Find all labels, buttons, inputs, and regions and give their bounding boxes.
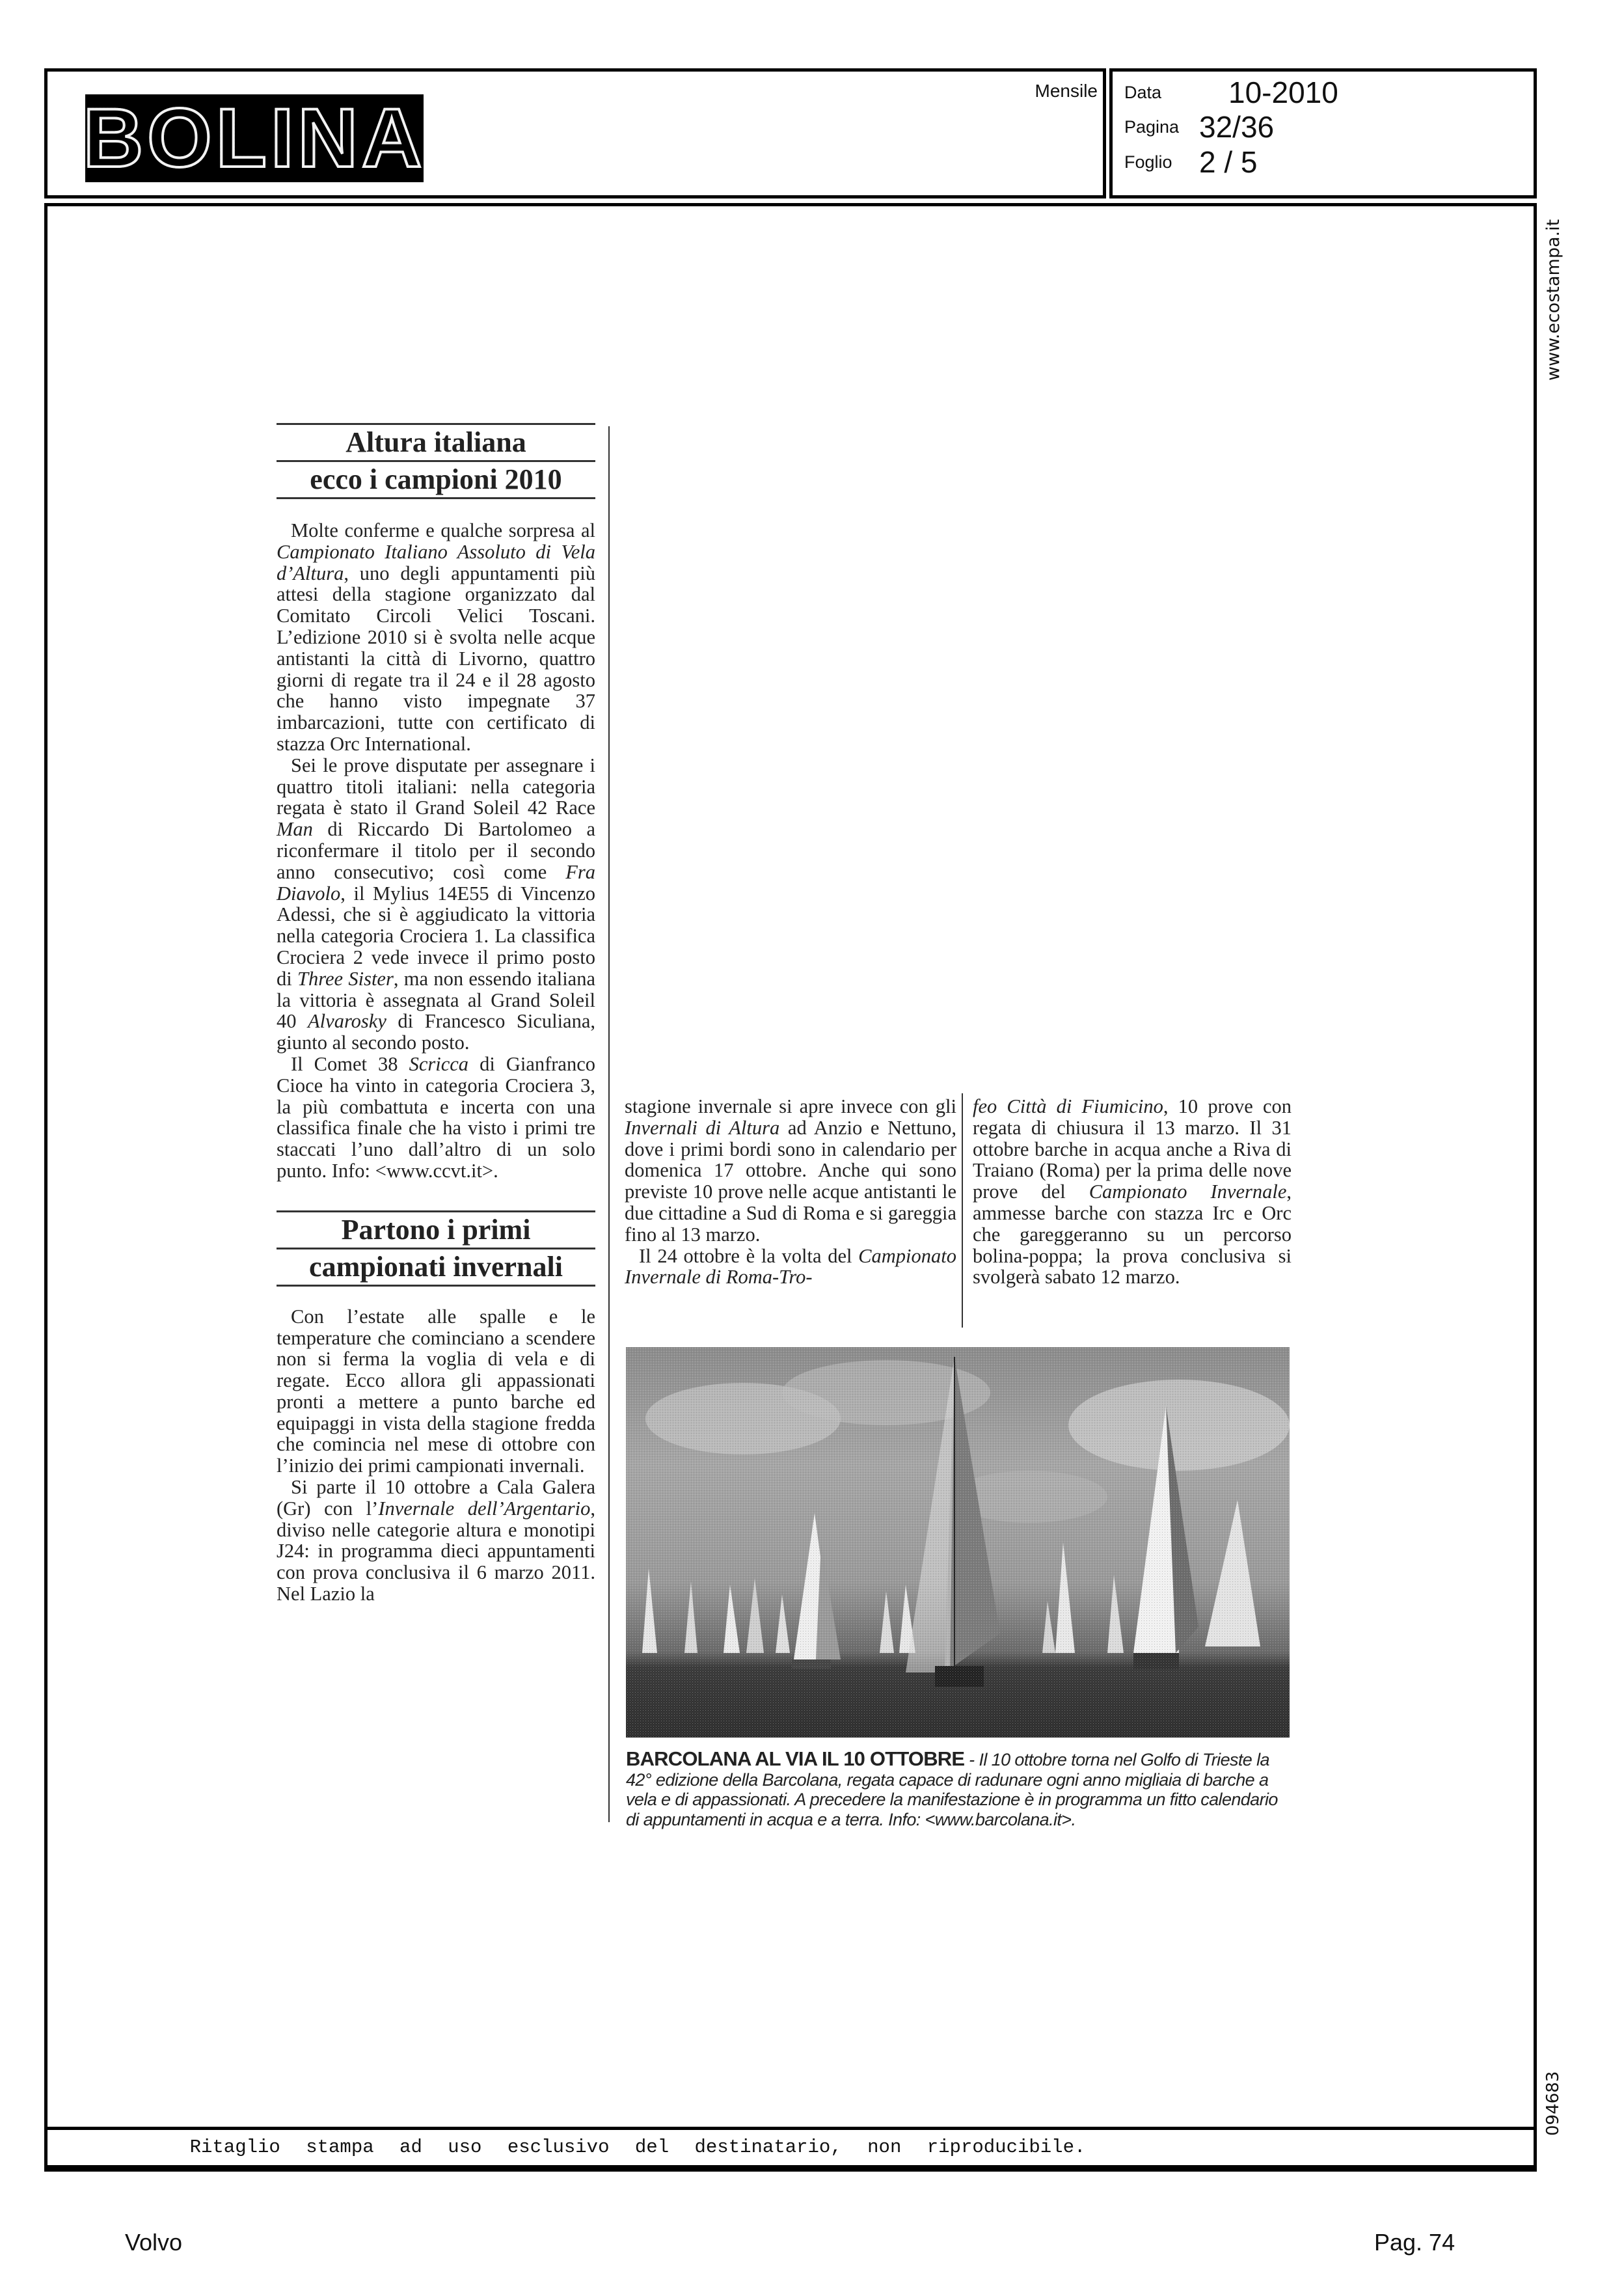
disclaimer-text: Ritaglio stampa ad uso esclusivo del des… [44, 2136, 1537, 2158]
pagina-value: 32/36 [1199, 109, 1274, 144]
paragraph: feo Città di Fiumicino, 10 prove con reg… [973, 1096, 1292, 1288]
paragraph: Molte conferme e qualche sorpresa al Cam… [277, 520, 595, 755]
caption-title: BARCOLANA AL VIA IL 10 OTTOBRE [626, 1747, 964, 1770]
issue-meta-box: Data 10-2010 Pagina 32/36 Foglio 2 / 5 [1109, 68, 1537, 198]
article2-body-col1: Con l’estate alle spalle e le temperatur… [277, 1306, 595, 1605]
logo-text: BOLINA [85, 97, 424, 180]
pagina-label: Pagina [1124, 117, 1179, 137]
paragraph: stagione invernale si apre invece con gl… [625, 1096, 956, 1246]
masthead-box: BOLINA Mensile [44, 68, 1106, 198]
side-code-stamp: 094683 [1543, 2071, 1563, 2136]
disclaimer-bar: Ritaglio stampa ad uso esclusivo del des… [44, 2127, 1537, 2171]
footer-page-number: Pag. 74 [1374, 2229, 1455, 2256]
bolina-logo: BOLINA [85, 94, 424, 182]
data-value: 10-2010 [1228, 75, 1338, 110]
regatta-photo [626, 1347, 1290, 1738]
paragraph: Si parte il 10 ottobre a Cala Galera (Gr… [277, 1477, 595, 1605]
paragraph: Con l’estate alle spalle e le temperatur… [277, 1306, 595, 1477]
article2-body-col2: stagione invernale si apre invece con gl… [625, 1096, 956, 1288]
paragraph: Il Comet 38 Scricca di Gianfranco Cioce … [277, 1054, 595, 1182]
article2-headline: Partono i primi campionati invernali [277, 1210, 595, 1287]
article1-title-line1: Altura italiana [277, 425, 595, 462]
article1-body: Molte conferme e qualche sorpresa al Cam… [277, 520, 595, 1182]
paragraph: Il 24 ottobre è la volta del Campionato … [625, 1246, 956, 1289]
sailboats-illustration [626, 1347, 1290, 1738]
data-label: Data [1124, 83, 1161, 103]
periodicity-label: Mensile [1035, 81, 1098, 102]
article1-headline: Altura italiana ecco i campioni 2010 [277, 423, 595, 499]
article2-body-col3: feo Città di Fiumicino, 10 prove con reg… [973, 1096, 1292, 1288]
article1-title-line2: ecco i campioni 2010 [310, 463, 562, 495]
article2-title-line1: Partono i primi [277, 1212, 595, 1249]
foglio-value: 2 / 5 [1199, 144, 1258, 180]
footer-client: Volvo [125, 2229, 182, 2256]
side-url-stamp: www.ecostampa.it [1543, 219, 1563, 381]
photo-caption: BARCOLANA AL VIA IL 10 OTTOBRE - Il 10 o… [626, 1749, 1290, 1829]
column-divider [608, 426, 610, 1822]
paragraph: Sei le prove disputate per assegnare i q… [277, 755, 595, 1054]
column-1: Altura italiana ecco i campioni 2010 Mol… [277, 423, 595, 1605]
article2-title-line2: campionati invernali [309, 1251, 563, 1283]
foglio-label: Foglio [1124, 152, 1172, 172]
column-divider [962, 1093, 963, 1328]
